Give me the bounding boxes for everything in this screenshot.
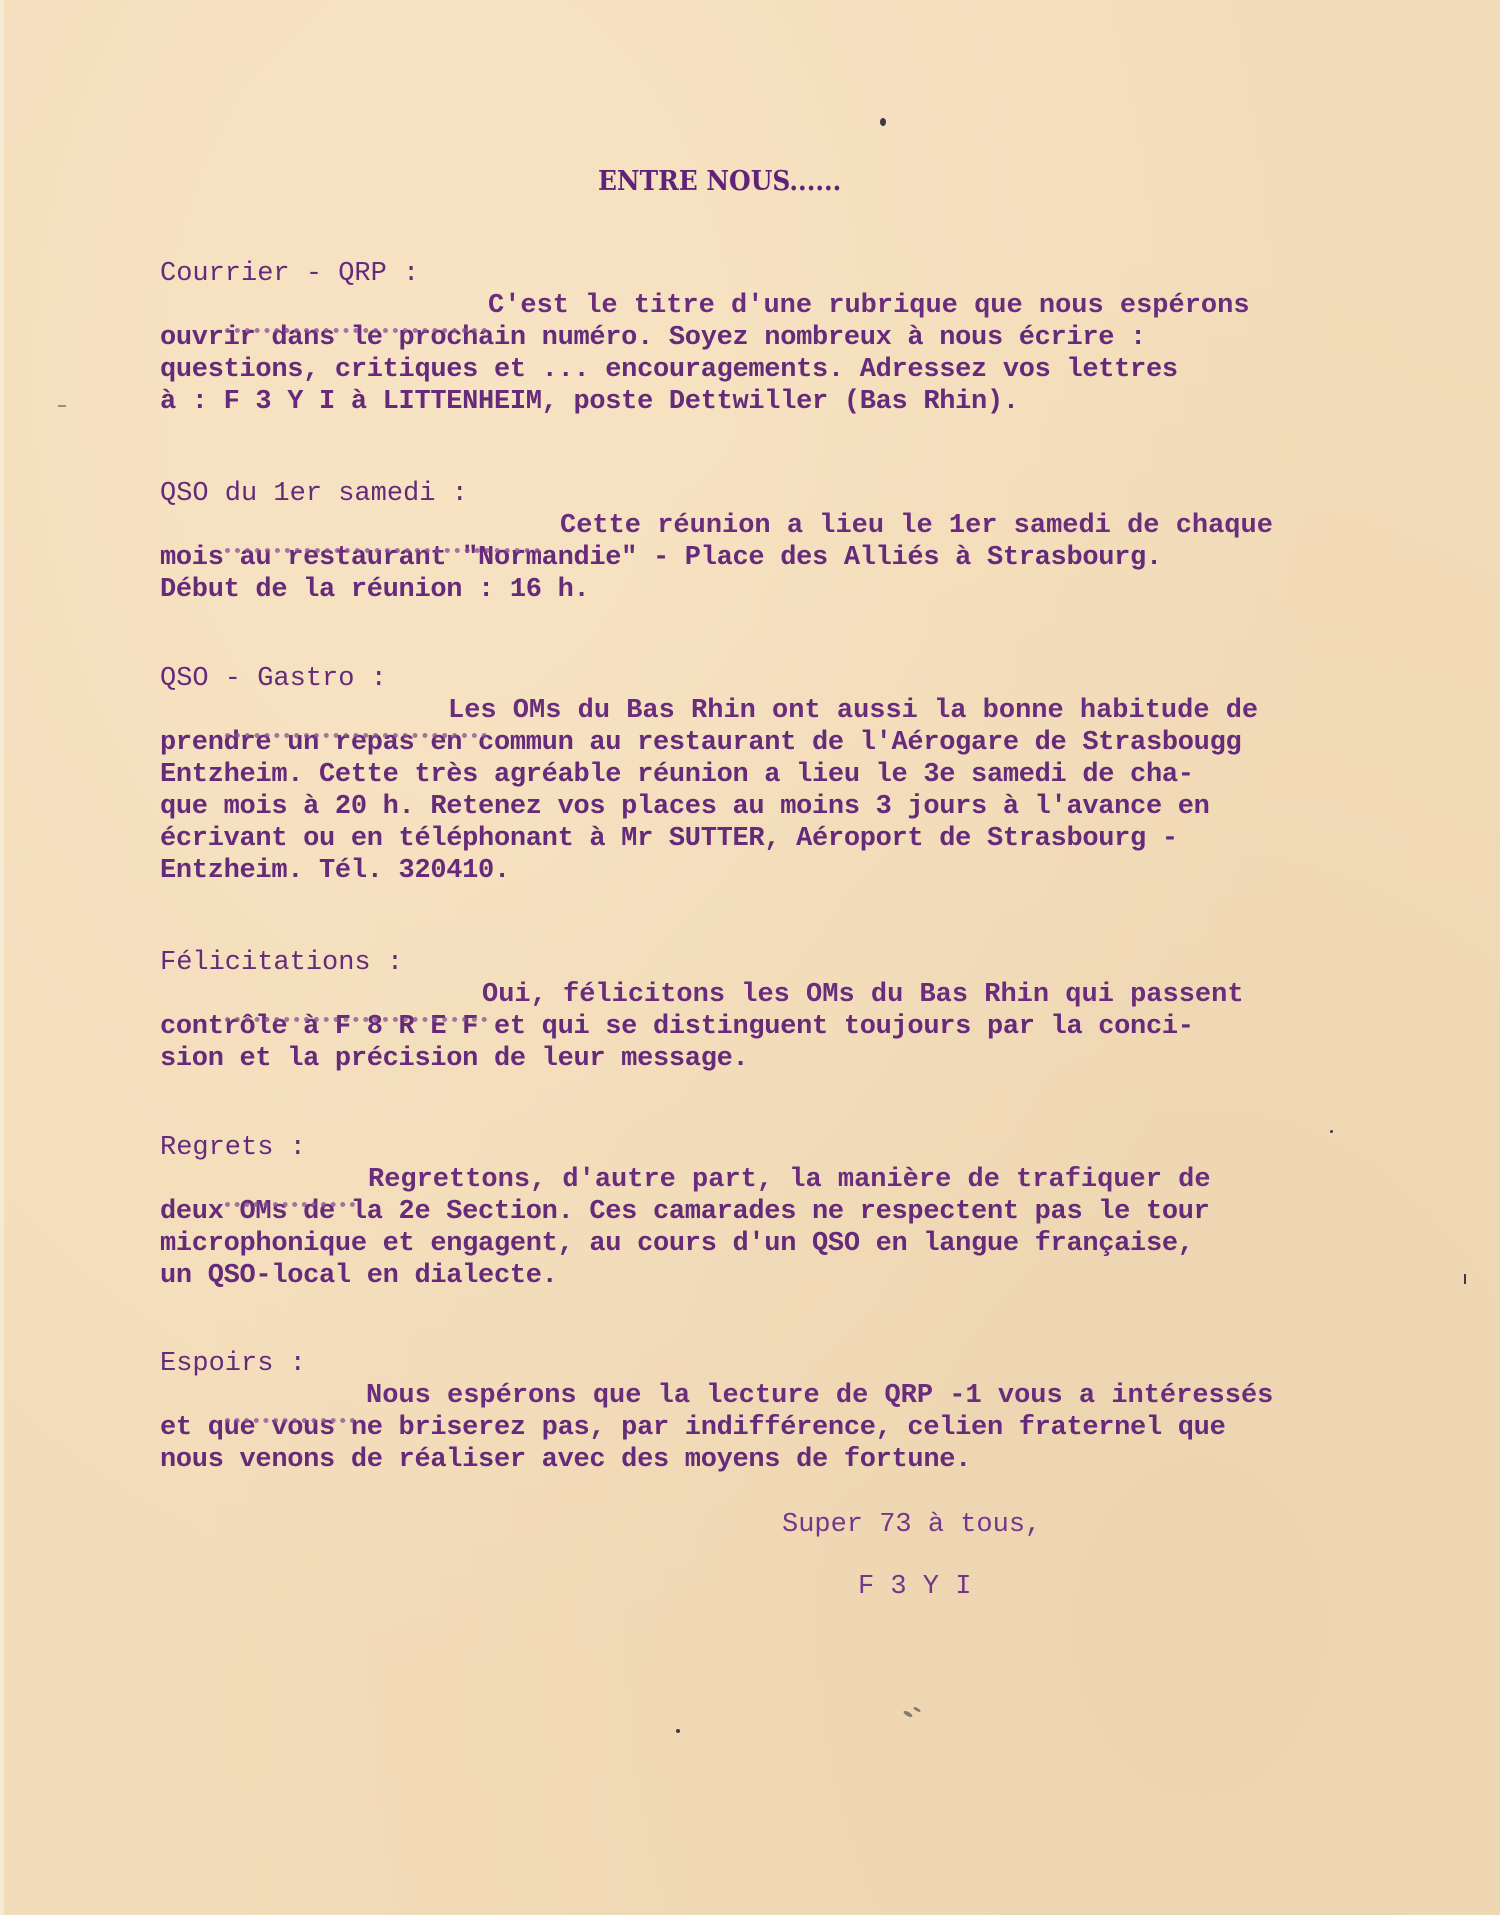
heading-underline [225, 1202, 355, 1213]
section-heading: Espoirs : [160, 1348, 1460, 1380]
section-first-line: Oui, félicitons les OMs du Bas Rhin qui … [160, 979, 1460, 1011]
section-felicitations: Félicitations : Oui, félicitons les OMs … [160, 947, 1460, 1075]
section-first-line: Cette réunion a lieu le 1er samedi de ch… [160, 510, 1460, 542]
paragraph-line: nous venons de réaliser avec des moyens … [160, 1444, 1460, 1476]
section-heading: Regrets : [160, 1132, 1460, 1164]
section-heading: Félicitations : [160, 947, 1460, 979]
heading-underline [225, 1017, 487, 1028]
paragraph-line: questions, critiques et ... encouragemen… [160, 354, 1460, 386]
paragraph-line: Les OMs du Bas Rhin ont aussi la bonne h… [448, 695, 1258, 727]
paragraph-line: microphonique et engagent, au cours d'un… [160, 1228, 1460, 1260]
section-heading: Courrier - QRP : [160, 258, 1460, 290]
paragraph-line: un QSO-local en dialecte. [160, 1260, 1460, 1292]
paper-speck [1464, 1274, 1466, 1284]
paragraph-line: et que vous ne briserez pas, par indiffé… [160, 1412, 1460, 1444]
section-regrets: Regrets : Regrettons, d'autre part, la m… [160, 1132, 1460, 1292]
section-first-line: C'est le titre d'une rubrique que nous e… [160, 290, 1460, 322]
paper-speck [880, 118, 886, 126]
page-edge [0, 0, 4, 1915]
section-espoirs: Espoirs : Nous espérons que la lecture d… [160, 1348, 1460, 1476]
paragraph-line: Entzheim. Cette très agréable réunion a … [160, 759, 1460, 791]
paragraph-line: sion et la précision de leur message. [160, 1043, 1460, 1075]
paragraph-line: écrivant ou en téléphonant à Mr SUTTER, … [160, 823, 1460, 855]
paragraph-line: Nous espérons que la lecture de QRP -1 v… [366, 1380, 1273, 1412]
paragraph-line: Regrettons, d'autre part, la manière de … [368, 1164, 1211, 1196]
paragraph-line: deux OMs de la 2e Section. Ces camarades… [160, 1196, 1460, 1228]
paper-speck [58, 405, 66, 407]
heading-underline [225, 548, 540, 559]
paragraph-line: Début de la réunion : 16 h. [160, 574, 1460, 606]
heading-underline [225, 733, 487, 744]
heading-underline [225, 328, 487, 339]
section-heading: QSO - Gastro : [160, 663, 1460, 695]
section-first-line: Les OMs du Bas Rhin ont aussi la bonne h… [160, 695, 1460, 727]
signature: F 3 Y I [858, 1572, 971, 1602]
paper-speck [1330, 1130, 1333, 1133]
section-first-line: Nous espérons que la lecture de QRP -1 v… [160, 1380, 1460, 1412]
paper-speck [676, 1729, 680, 1733]
paragraph-line: que mois à 20 h. Retenez vos places au m… [160, 791, 1460, 823]
closing-salutation: Super 73 à tous, [782, 1510, 1041, 1540]
paragraph-line: à : F 3 Y I à LITTENHEIM, poste Dettwill… [160, 386, 1460, 418]
section-first-line: Regrettons, d'autre part, la manière de … [160, 1164, 1460, 1196]
paragraph-line: Entzheim. Tél. 320410. [160, 855, 1460, 887]
section-qso-1er-samedi: QSO du 1er samedi : Cette réunion a lieu… [160, 478, 1460, 606]
paragraph-line: Cette réunion a lieu le 1er samedi de ch… [560, 510, 1273, 542]
heading-underline [225, 1418, 355, 1429]
section-qso-gastro: QSO - Gastro : Les OMs du Bas Rhin ont a… [160, 663, 1460, 887]
paragraph-line: Oui, félicitons les OMs du Bas Rhin qui … [482, 979, 1244, 1011]
paragraph-line: C'est le titre d'une rubrique que nous e… [488, 290, 1250, 322]
document-title: ENTRE NOUS...... [598, 166, 841, 197]
section-courrier-qrp: Courrier - QRP : C'est le titre d'une ru… [160, 258, 1460, 418]
section-heading: QSO du 1er samedi : [160, 478, 1460, 510]
